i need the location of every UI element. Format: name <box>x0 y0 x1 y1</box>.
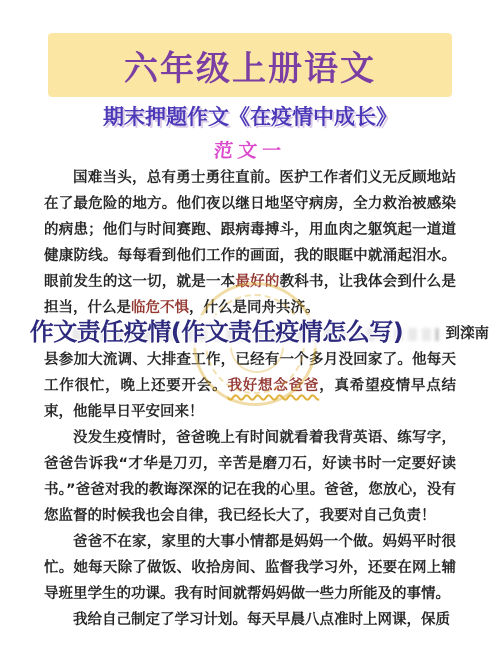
sample-essay-label-text: 范文一 <box>213 136 288 163</box>
essay-paragraph-4: 爸爸不在家，家里的大事小情都是妈妈一个做。妈妈平时很忙。她每天除了做饭、收拾房间… <box>44 529 456 607</box>
paragraph-1-emphasis-2: 临危不惧 <box>131 300 189 316</box>
exam-essay-subtitle: 期末押题作文《在疫情中成长》 <box>0 101 500 131</box>
seo-overlay-band: 作文责任疫情(作文责任疫情怎么写) <box>0 315 433 348</box>
essay-paragraph-2: 县参加大流调、大排查工作，已经有一个多月没回家了。他每天工作很忙，晚上还要开会。… <box>44 347 456 425</box>
seo-overlay-title: 作文责任疫情(作文责任疫情怎么写) <box>30 319 403 345</box>
article-page: 六年级上册语文 期末押题作文《在疫情中成长》 范文一 国难当头，总有勇士勇往直前… <box>0 0 500 666</box>
paragraph-1-run-1: 国难当头，总有勇士勇往直前。医护工作者们义无反顾地站在了最危险的地方。他们夜以继… <box>44 170 456 290</box>
paragraph-2-emphasis-1: 我好想念爸爸 <box>227 378 319 394</box>
obscured-line-tail: 到滦南 <box>446 321 490 347</box>
paragraph-4-run-1: 爸爸不在家，家里的大事小情都是妈妈一个做。妈妈平时很忙。她每天除了做饭、收拾房间… <box>44 534 456 602</box>
sample-essay-label: 范文一 <box>0 136 500 163</box>
lesson-banner-title: 六年级上册语文 <box>124 41 376 90</box>
paragraph-5-run-1: 我给自己制定了学习计划。每天早晨八点准时上网课，保质 <box>73 612 450 628</box>
paragraph-3-run-1: 没发生疫情时，爸爸晚上有时间就看着我背英语、练写字，爸爸告诉我“才华是刀刃，辛苦… <box>44 430 456 524</box>
essay-paragraph-3: 没发生疫情时，爸爸晚上有时间就看着我背英语、练写字，爸爸告诉我“才华是刀刃，辛苦… <box>44 425 456 529</box>
essay-body: 国难当头，总有勇士勇往直前。医护工作者们义无反顾地站在了最危险的地方。他们夜以继… <box>44 165 456 633</box>
essay-paragraph-1: 国难当头，总有勇士勇往直前。医护工作者们义无反顾地站在了最危险的地方。他们夜以继… <box>44 165 456 321</box>
paragraph-1-run-3: ，什么是同舟共济。 <box>189 300 320 316</box>
paragraph-1-emphasis-1: 最好的 <box>235 274 279 290</box>
lesson-banner: 六年级上册语文 <box>48 33 452 97</box>
essay-paragraph-5: 我给自己制定了学习计划。每天早晨八点准时上网课，保质 <box>44 607 456 633</box>
